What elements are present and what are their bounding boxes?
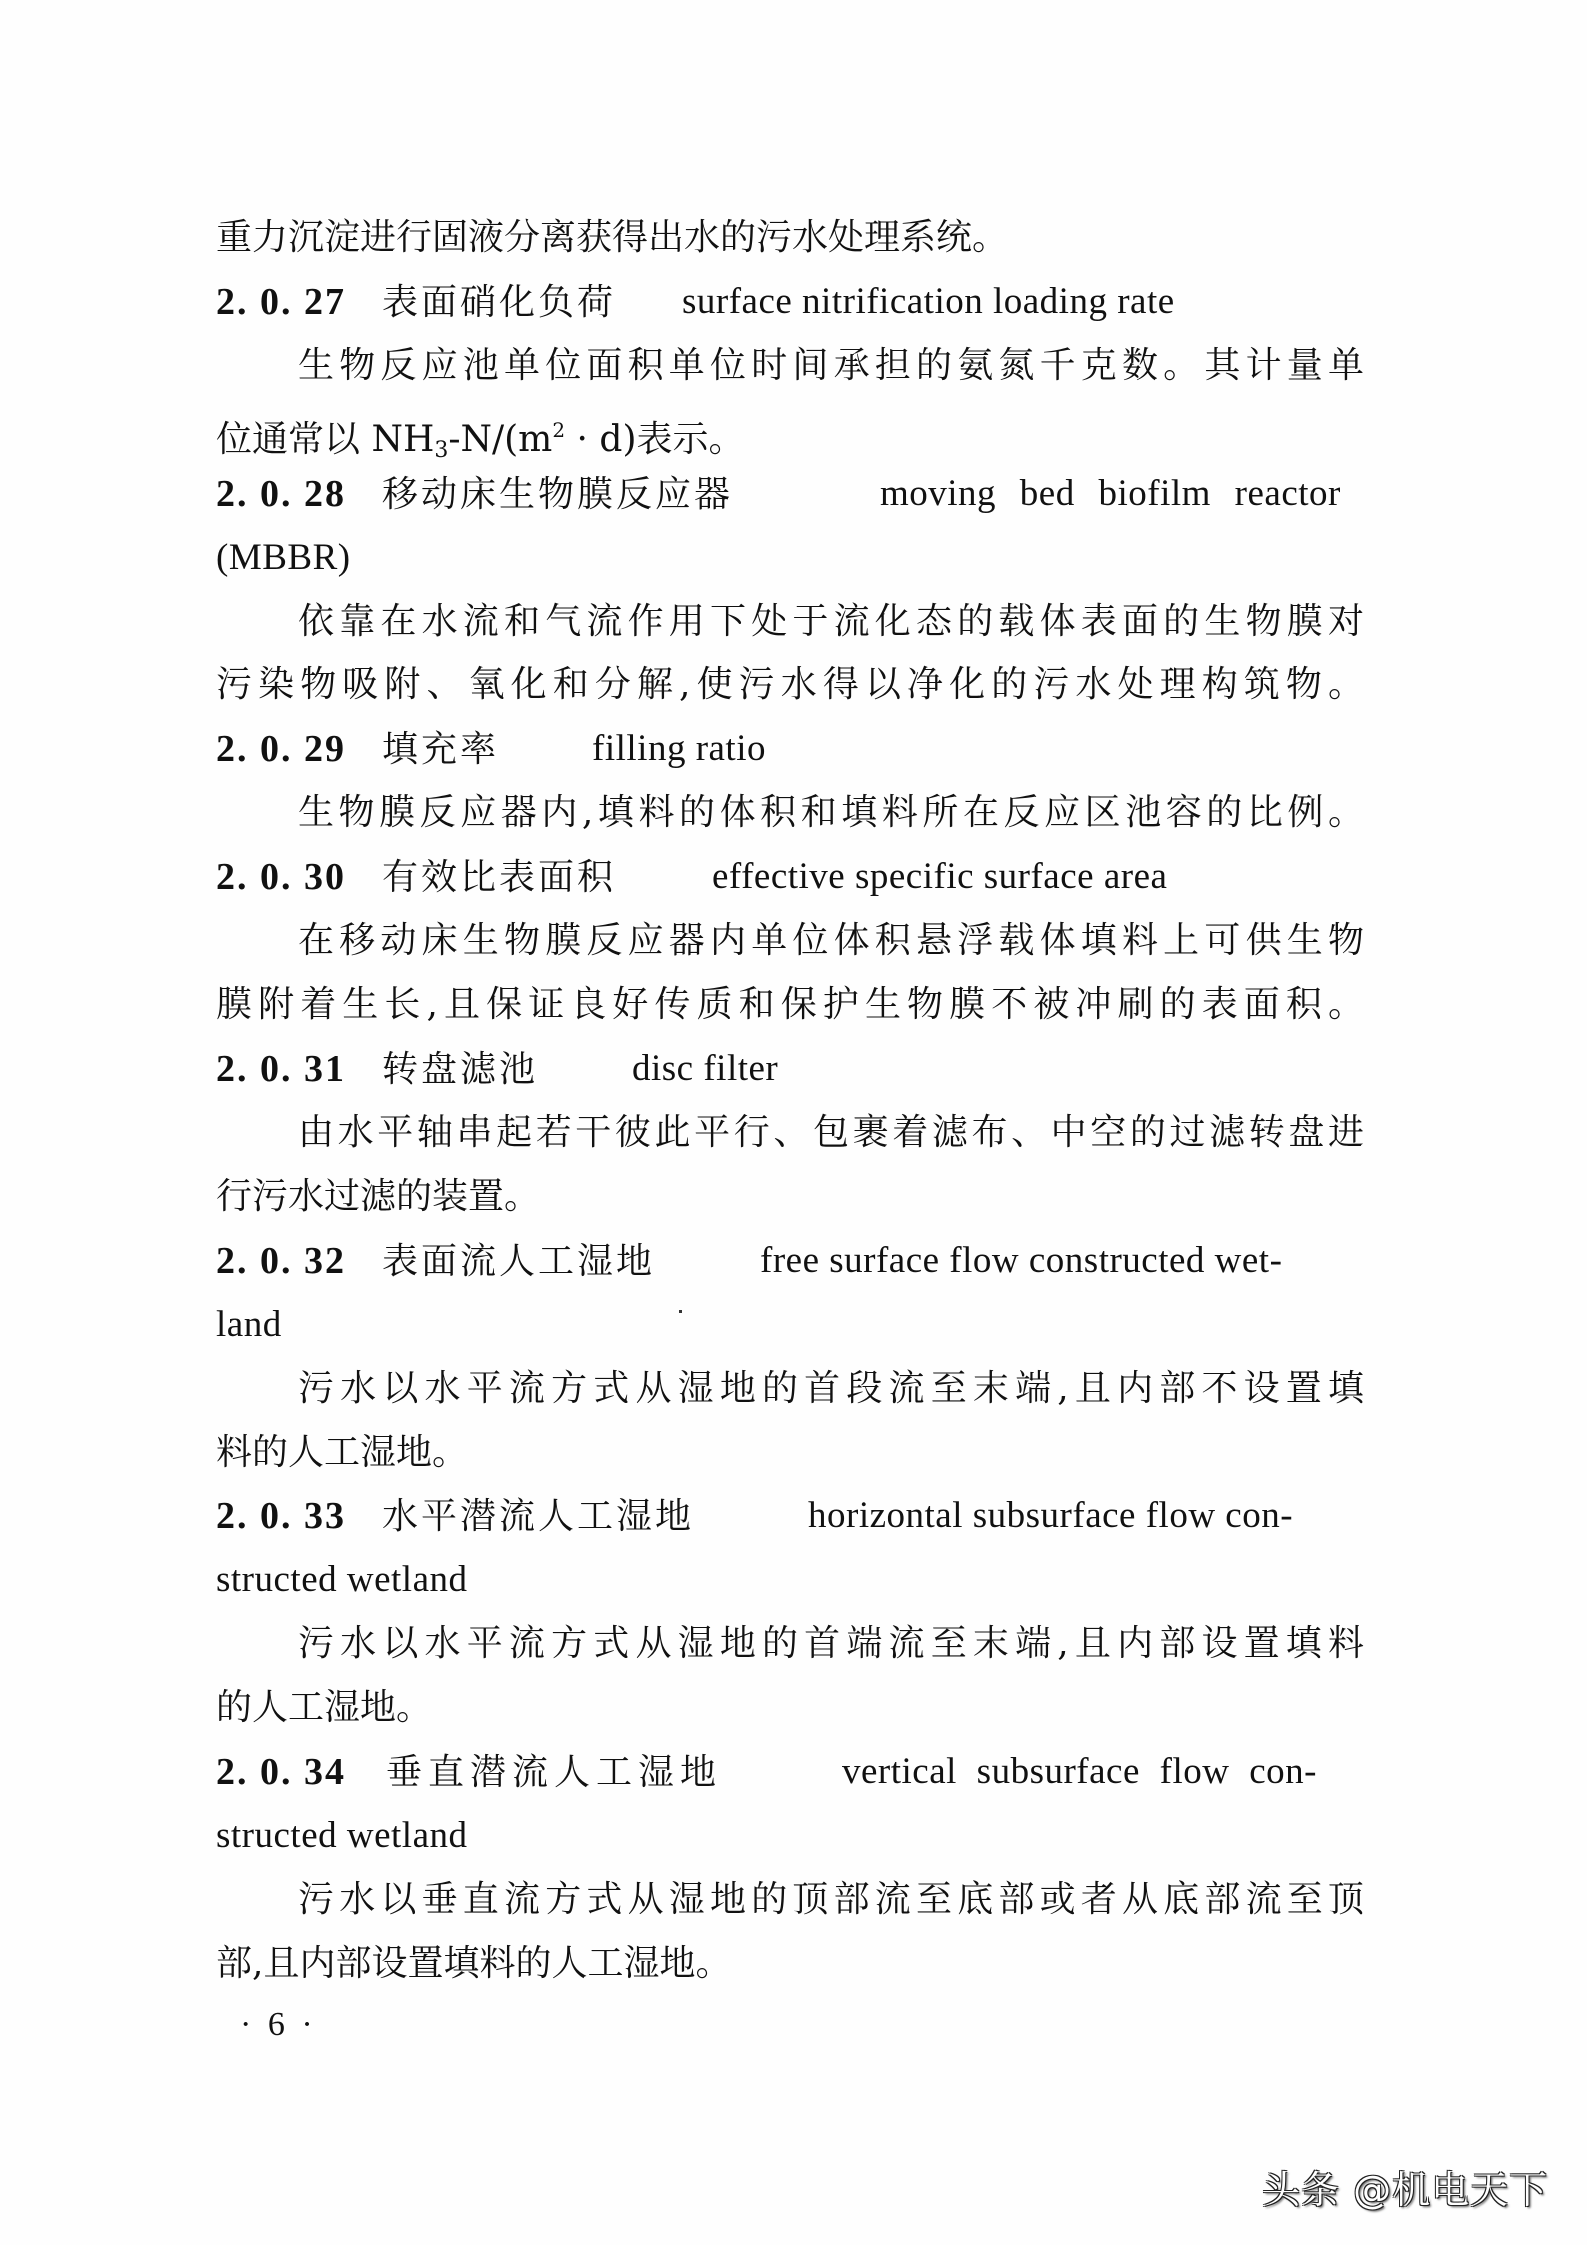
definition-line: 在移动床生物膜反应器内单位体积悬浮载体填料上可供生物 — [216, 909, 1364, 973]
clause-number: 2. 0. 30 — [216, 845, 382, 909]
term-english: moving bed biofilm reactor — [880, 462, 1341, 526]
term-chinese: 表面硝化负荷 — [382, 271, 616, 335]
definition-line: 行污水过滤的装置。 — [216, 1165, 1364, 1229]
term-english: vertical subsurface flow con- — [842, 1740, 1317, 1804]
term-chinese: 转盘滤池 — [382, 1038, 538, 1102]
definition-line: 污水以水平流方式从湿地的首段流至末端,且内部不设置填 — [216, 1357, 1364, 1421]
term-english: disc filter — [632, 1037, 778, 1101]
clause-number: 2. 0. 28 — [216, 462, 382, 526]
term-chinese: 水平潜流人工湿地 — [382, 1485, 694, 1549]
superscript: 2 — [552, 418, 565, 442]
term-chinese: 填充率 — [382, 718, 499, 782]
clause-number: 2. 0. 31 — [216, 1037, 382, 1101]
term-entry-2-0-27: 2. 0. 27表面硝化负荷 surface nitrification loa… — [216, 270, 1364, 334]
text-fragment: -N/(m — [448, 419, 552, 460]
definition-line: 生物反应池单位面积单位时间承担的氨氮千克数。其计量单 — [216, 334, 1364, 398]
definition-line: 位通常以 NH3-N/(m2 · d)表示。 — [216, 398, 1364, 462]
definition-line: 由水平轴串起若干彼此平行、包裹着滤布、中空的过滤转盘进 — [216, 1101, 1364, 1165]
definition-line: 部,且内部设置填料的人工湿地。 — [216, 1932, 1364, 1996]
text-fragment: 位通常以 NH — [216, 419, 434, 460]
term-english: free surface flow constructed wet- — [760, 1229, 1282, 1293]
text-line: 重力沉淀进行固液分离获得出水的污水处理系统。 — [216, 206, 1364, 270]
term-entry-2-0-33: 2. 0. 33水平潜流人工湿地 horizontal subsurface f… — [216, 1484, 1364, 1548]
definition-line: 的人工湿地。 — [216, 1676, 1364, 1740]
term-english-continued: (MBBR) — [216, 526, 1364, 590]
watermark: 头条 @机电天下 — [1262, 2160, 1548, 2220]
document-page: 重力沉淀进行固液分离获得出水的污水处理系统。 2. 0. 27表面硝化负荷 su… — [0, 0, 1587, 2245]
term-entry-2-0-34: 2. 0. 34垂直潜流人工湿地 vertical subsurface flo… — [216, 1740, 1364, 1804]
term-english: surface nitrification loading rate — [682, 270, 1175, 334]
term-chinese: 表面流人工湿地 — [382, 1230, 655, 1294]
page-number: · 6 · — [240, 2000, 317, 2050]
term-entry-2-0-31: 2. 0. 31转盘滤池 disc filter — [216, 1037, 1364, 1101]
definition-line: 污水以垂直流方式从湿地的顶部流至底部或者从底部流至顶 — [216, 1868, 1364, 1932]
clause-number: 2. 0. 27 — [216, 270, 382, 334]
definition-line: 污水以水平流方式从湿地的首端流至末端,且内部设置填料 — [216, 1612, 1364, 1676]
term-entry-2-0-32: 2. 0. 32表面流人工湿地 free surface flow constr… — [216, 1229, 1364, 1293]
definition-line: 生物膜反应器内,填料的体积和填料所在反应区池容的比例。 — [216, 781, 1364, 845]
scan-speck — [679, 1310, 682, 1313]
clause-number: 2. 0. 33 — [216, 1484, 382, 1548]
term-english: horizontal subsurface flow con- — [808, 1484, 1293, 1548]
term-english-continued: structed wetland — [216, 1548, 1364, 1612]
term-entry-2-0-28: 2. 0. 28移动床生物膜反应器 moving bed biofilm rea… — [216, 462, 1364, 526]
clause-number: 2. 0. 32 — [216, 1229, 382, 1293]
term-english-continued: structed wetland — [216, 1804, 1364, 1868]
definition-line: 污染物吸附、氧化和分解,使污水得以净化的污水处理构筑物。 — [216, 653, 1364, 717]
text-fragment: · d)表示。 — [565, 419, 744, 460]
clause-number: 2. 0. 29 — [216, 717, 382, 781]
term-chinese: 有效比表面积 — [382, 846, 616, 910]
definition-line: 膜附着生长,且保证良好传质和保护生物膜不被冲刷的表面积。 — [216, 973, 1364, 1037]
term-english-continued: land — [216, 1293, 1364, 1357]
term-chinese: 垂直潜流人工湿地 — [382, 1741, 722, 1805]
term-chinese: 移动床生物膜反应器 — [382, 463, 733, 527]
term-entry-2-0-29: 2. 0. 29填充率 filling ratio — [216, 717, 1364, 781]
term-entry-2-0-30: 2. 0. 30有效比表面积 effective specific surfac… — [216, 845, 1364, 909]
definition-line: 料的人工湿地。 — [216, 1421, 1364, 1485]
subscript: 3 — [434, 438, 448, 463]
definition-line: 依靠在水流和气流作用下处于流化态的载体表面的生物膜对 — [216, 590, 1364, 654]
term-english: filling ratio — [592, 717, 766, 781]
clause-number: 2. 0. 34 — [216, 1740, 382, 1804]
term-english: effective specific surface area — [712, 845, 1167, 909]
